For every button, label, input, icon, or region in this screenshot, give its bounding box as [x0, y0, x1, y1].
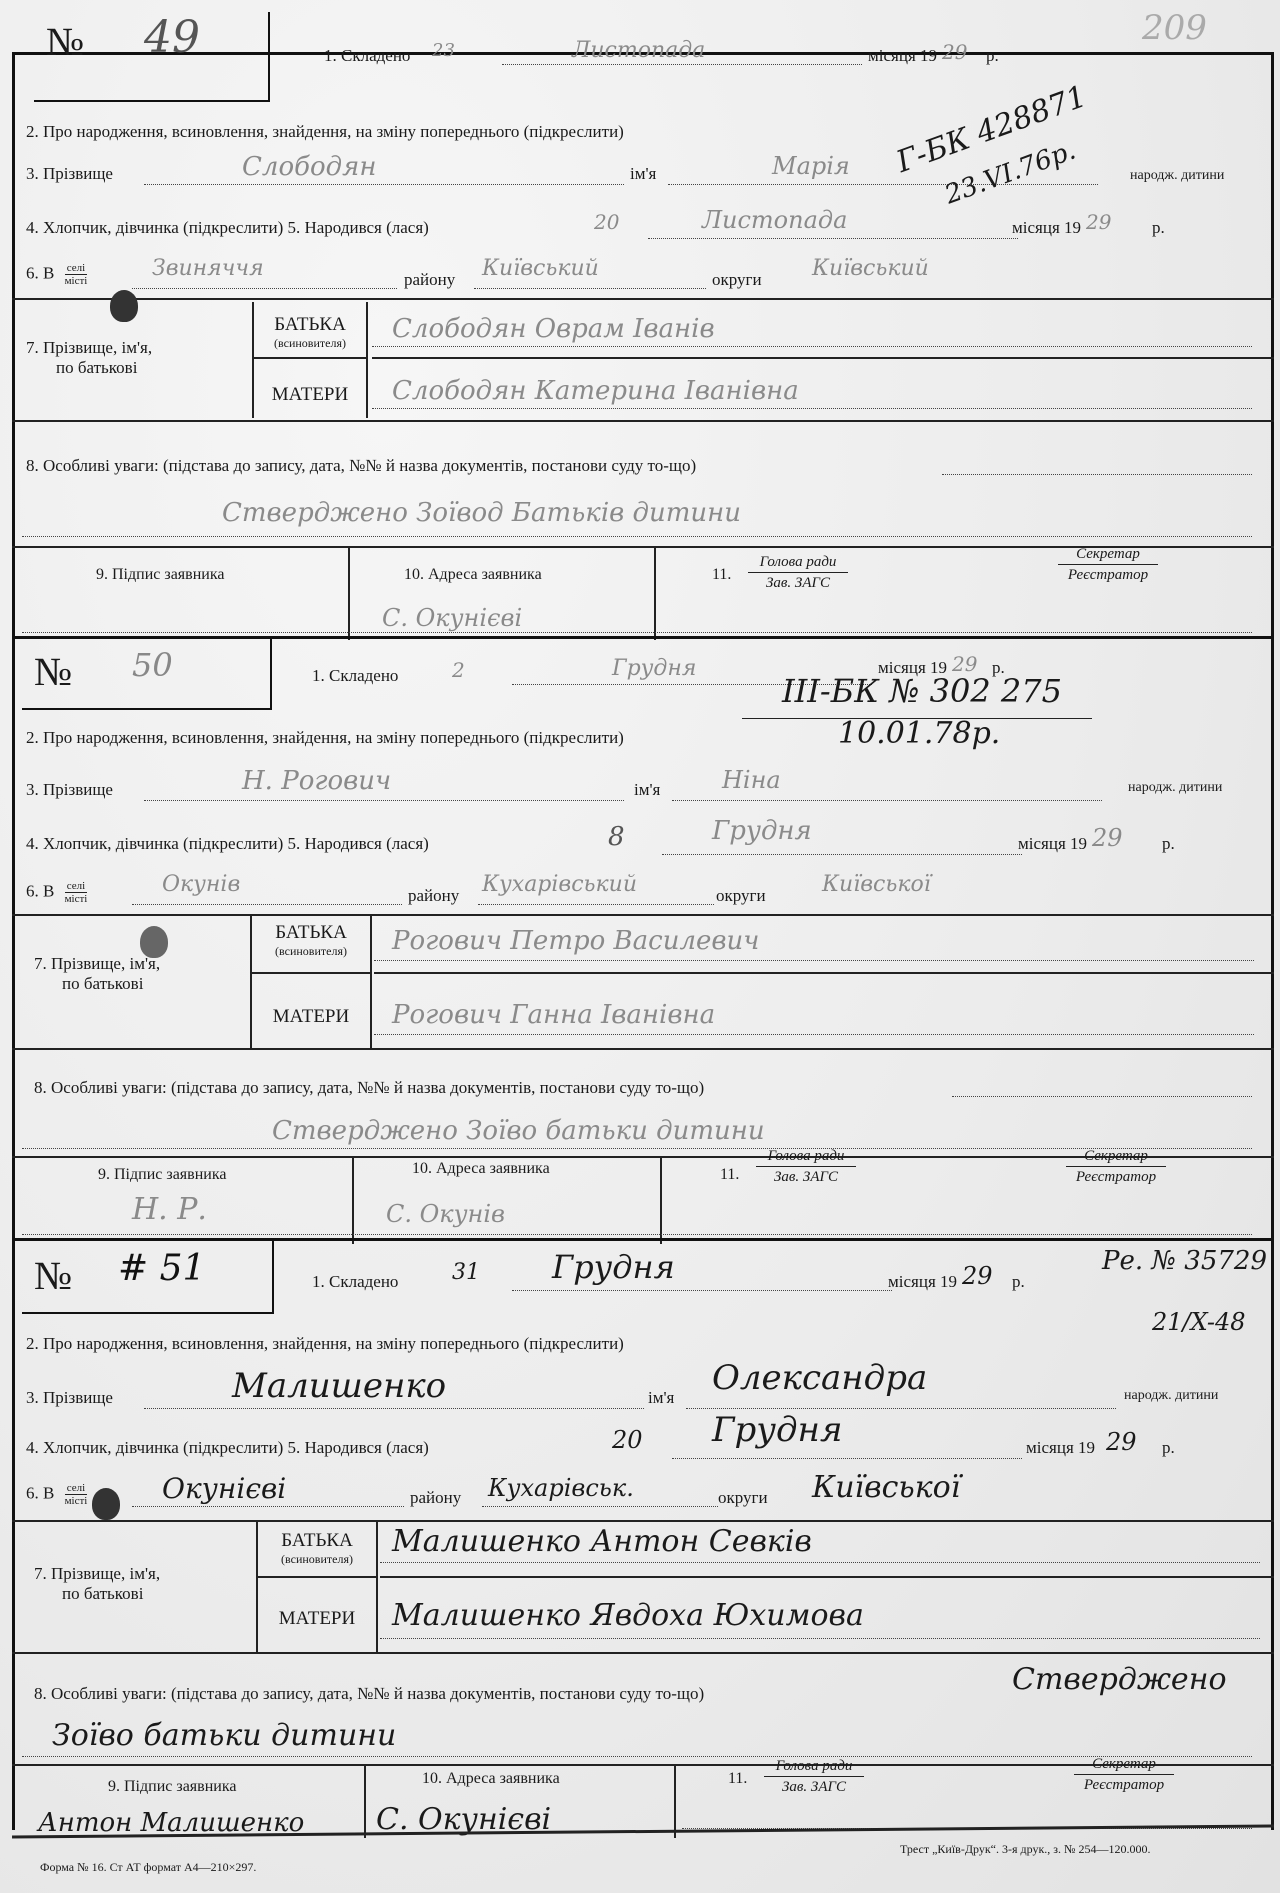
applicant-address[interactable]: С. Окунієві [382, 604, 522, 632]
village-label: селі [65, 880, 88, 893]
mother-label: МАТЕРИ [254, 1006, 368, 1028]
divider [250, 916, 252, 1048]
divider [374, 972, 1274, 974]
ink-blot [92, 1488, 120, 1520]
remarks-line [952, 1096, 1252, 1097]
record-number: 50 [132, 646, 173, 684]
birth-year[interactable]: 29 [1106, 1428, 1137, 1456]
chair-label: Голова ради Зав. ЗАГС [764, 1756, 864, 1797]
divider [256, 1576, 376, 1578]
district[interactable]: Кухарівський [482, 872, 637, 897]
birth-day[interactable]: 8 [608, 822, 625, 852]
okruha[interactable]: Київський [812, 256, 929, 281]
record-49: № 49 1. Складено 23 Листопада місяця 19 … [12, 52, 1274, 640]
ink-blot [110, 290, 138, 322]
birth-month[interactable]: Грудня [712, 816, 812, 846]
divider [12, 914, 1274, 916]
given-name[interactable]: Марія [772, 152, 850, 180]
place-line [132, 288, 397, 289]
surname-line [144, 184, 624, 185]
compiled-year[interactable]: 29 [942, 40, 967, 64]
divider [674, 1766, 676, 1838]
f6-prefix: 6. В [26, 263, 54, 282]
f10-label: 10. Адреса заявника [412, 1160, 550, 1178]
f11-num: 11. [712, 566, 731, 584]
f9-label: 9. Підпис заявника [96, 566, 224, 584]
district-line [474, 288, 706, 289]
birth-month-line [672, 1458, 1022, 1459]
f6-district-label: району [404, 270, 455, 290]
f2-label: 2. Про народження, всиновлення, знайденн… [26, 728, 624, 748]
divider [12, 1520, 1274, 1522]
chair-label: Голова ради Зав. ЗАГС [756, 1146, 856, 1187]
divider [352, 1158, 354, 1244]
f6-okruha-label: округи [712, 270, 762, 290]
father-sub-heading: (всиновителя) [260, 1552, 374, 1567]
given-name-line [668, 184, 1098, 185]
father-line [374, 960, 1254, 961]
f3-name-label: ім'я [634, 780, 660, 800]
father-heading: БАТЬКА [275, 922, 347, 943]
divider [364, 1766, 366, 1838]
applicant-signature[interactable]: Н. Р. [132, 1192, 207, 1227]
remarks-line [942, 474, 1252, 475]
surname-line [144, 800, 624, 801]
father-name[interactable]: Малишенко Антон Севків [392, 1524, 812, 1559]
divider [348, 548, 350, 640]
f4-label: 4. Хлопчик, дівчинка (підкреслити) 5. На… [26, 1438, 429, 1458]
f8-label: 8. Особливі уваги: (підстава до запису, … [26, 456, 696, 476]
f7-label-1: 7. Прізвище, ім'я, [34, 954, 160, 974]
f11-num: 11. [720, 1166, 739, 1184]
annotation-registry-number: Ре. № 35729 [1102, 1246, 1267, 1276]
f2-label: 2. Про народження, всиновлення, знайденн… [26, 1334, 624, 1354]
chair-heading: Голова ради [764, 1756, 864, 1777]
secretary-heading: Секретар [1058, 544, 1158, 565]
father-label: БАТЬКА (всиновителя) [254, 922, 368, 959]
f3-label: 3. Прізвище [26, 780, 113, 800]
place-line [132, 904, 402, 905]
surname[interactable]: Малишенко [232, 1366, 446, 1406]
registrar-heading: Реєстратор [1084, 1777, 1164, 1793]
mother-name[interactable]: Малишенко Явдоха Юхимова [392, 1598, 864, 1633]
f1-label: 1. Складено [312, 666, 398, 686]
f1-month-label: місяця 19 [888, 1272, 957, 1292]
f5-month-label: місяця 19 [1018, 834, 1087, 854]
signature-line [22, 1234, 1252, 1235]
father-name[interactable]: Слободян Оврам Іванів [392, 314, 715, 344]
annotation-page-number: 209 [1142, 8, 1207, 48]
f2-label: 2. Про народження, всиновлення, знайденн… [26, 122, 624, 142]
compiled-month-line [502, 64, 862, 65]
f1-year-suffix: р. [1012, 1272, 1025, 1292]
mother-line [372, 408, 1252, 409]
signature-line [22, 632, 1252, 633]
compiled-month[interactable]: Грудня [552, 1248, 675, 1286]
compiled-day[interactable]: 2 [452, 658, 465, 682]
record-number-box: № 50 [22, 636, 272, 710]
village-label: селі [65, 262, 88, 275]
chair-heading: Голова ради [756, 1146, 856, 1167]
divider [660, 1158, 662, 1244]
record-number-box: № # 51 [22, 1238, 274, 1314]
number-sign: № [46, 18, 84, 65]
divider [12, 420, 1274, 422]
remarks-inline[interactable]: Стверджено [1012, 1662, 1227, 1697]
okruha[interactable]: Київської [812, 1470, 960, 1505]
city-label: місті [65, 893, 88, 905]
secretary-label: Секретар Реєстратор [1058, 544, 1158, 585]
secretary-heading: Секретар [1074, 1754, 1174, 1775]
place[interactable]: Звиняччя [152, 256, 264, 281]
divider [654, 548, 656, 640]
f5-year-suffix: р. [1152, 218, 1165, 238]
annotation-registry-number: ІІІ-БК № 302 275 [782, 672, 1062, 710]
f6-prefix: 6. В [26, 881, 54, 900]
birth-month[interactable]: Листопада [702, 206, 847, 234]
birth-day[interactable]: 20 [612, 1426, 643, 1454]
f7-label-1: 7. Прізвище, ім'я, [34, 1564, 160, 1584]
village-label: селі [65, 1482, 88, 1495]
f8-label: 8. Особливі уваги: (підстава до запису, … [34, 1078, 704, 1098]
compiled-month-line [512, 1290, 892, 1291]
divider [252, 357, 366, 359]
city-label: місті [65, 275, 88, 287]
divider [12, 1048, 1274, 1050]
f6-okruha-label: округи [718, 1488, 768, 1508]
district-line [478, 904, 714, 905]
f6-prefix: 6. В [26, 1483, 54, 1502]
record-number-box: № 49 [34, 12, 270, 102]
f11-num: 11. [728, 1770, 747, 1788]
father-sub-heading: (всиновителя) [256, 336, 364, 351]
f4-label: 4. Хлопчик, дівчинка (підкреслити) 5. На… [26, 218, 429, 238]
birth-day[interactable]: 20 [594, 210, 619, 234]
given-name[interactable]: Ніна [722, 766, 781, 794]
f8-label: 8. Особливі уваги: (підстава до запису, … [34, 1684, 704, 1704]
f10-label: 10. Адреса заявника [404, 566, 542, 584]
f6-okruha-label: округи [716, 886, 766, 906]
annotation-date: 21/X-48 [1152, 1308, 1246, 1336]
place[interactable]: Окунієві [162, 1472, 286, 1505]
mother-name[interactable]: Слободян Катерина Іванівна [392, 376, 799, 406]
record-number: # 51 [118, 1248, 205, 1289]
remarks[interactable]: Стверджено Зоїво батьки дитини [272, 1116, 765, 1146]
f1-month-label: місяця 19 [868, 46, 937, 66]
father-label: БАТЬКА (всиновителя) [260, 1530, 374, 1567]
f1-year-suffix: р. [986, 46, 999, 66]
compiled-year[interactable]: 29 [962, 1262, 993, 1290]
surname[interactable]: Н. Рогович [242, 766, 391, 796]
form-footer-right: Трест „Київ-Друк“. 3-я друк., з. № 254—1… [900, 1842, 1150, 1857]
f1-label: 1. Складено [312, 1272, 398, 1292]
compiled-month[interactable]: Грудня [612, 656, 696, 681]
f5-year-suffix: р. [1162, 834, 1175, 854]
f5-month-label: місяця 19 [1026, 1438, 1095, 1458]
father-line [380, 1562, 1260, 1563]
divider [12, 298, 1274, 300]
place-line [132, 1506, 404, 1507]
village-city-fraction: селі місті [65, 1482, 88, 1507]
form-footer-left: Форма № 16. Ст АТ формат А4—210×297. [40, 1860, 256, 1875]
mother-label: МАТЕРИ [260, 1608, 374, 1630]
divider [256, 1522, 258, 1652]
f3-label: 3. Прізвище [26, 1388, 113, 1408]
birth-month-line [662, 854, 1022, 855]
okruha[interactable]: Київської [822, 872, 931, 897]
divider [12, 1652, 1274, 1654]
birth-month-line [648, 238, 1018, 239]
f3-suffix: народж. дитини [1130, 168, 1224, 184]
surname[interactable]: Слободян [242, 152, 376, 182]
surname-line [144, 1408, 644, 1409]
registrar-heading: Реєстратор [1076, 1169, 1156, 1185]
f7-label-2: по батькові [62, 974, 143, 994]
district[interactable]: Кухарівськ. [488, 1474, 634, 1502]
secretary-label: Секретар Реєстратор [1066, 1146, 1166, 1187]
f5-year-suffix: р. [1162, 1438, 1175, 1458]
birth-year[interactable]: 29 [1086, 210, 1111, 234]
chair-heading: Голова ради [748, 552, 848, 573]
father-sub-heading: (всиновителя) [254, 944, 368, 959]
f10-label: 10. Адреса заявника [422, 1770, 560, 1788]
village-city-fraction: селі місті [65, 262, 88, 287]
divider [252, 302, 254, 418]
record-51: № # 51 1. Складено 31 Грудня місяця 19 2… [12, 1238, 1274, 1838]
mother-line [380, 1638, 1260, 1639]
f7-label-2: по батькові [62, 1584, 143, 1604]
given-name-line [686, 1408, 1116, 1409]
village-city-fraction: селі місті [65, 880, 88, 905]
f3-name-label: ім'я [630, 164, 656, 184]
f6-label: 6. В селі місті [26, 1482, 87, 1507]
f6-district-label: району [408, 886, 459, 906]
district-line [482, 1506, 718, 1507]
zags-heading: Зав. ЗАГС [782, 1779, 846, 1795]
compiled-day[interactable]: 23 [432, 40, 455, 61]
registry-page: № 49 1. Складено 23 Листопада місяця 19 … [0, 0, 1280, 1893]
f1-label: 1. Складено [324, 46, 410, 66]
mother-line [374, 1034, 1254, 1035]
mother-name[interactable]: Рогович Ганна Іванівна [392, 1000, 715, 1030]
f6-district-label: району [410, 1488, 461, 1508]
birth-month[interactable]: Грудня [712, 1410, 842, 1450]
f4-label: 4. Хлопчик, дівчинка (підкреслити) 5. На… [26, 834, 429, 854]
divider [372, 357, 1274, 359]
divider [366, 302, 368, 418]
given-name-line [672, 800, 1102, 801]
father-heading: БАТЬКА [274, 314, 346, 335]
birth-year[interactable]: 29 [1092, 824, 1123, 852]
remarks-line-2 [22, 1756, 1252, 1757]
city-label: місті [65, 1495, 88, 1507]
father-heading: БАТЬКА [281, 1530, 353, 1551]
f3-suffix: народж. дитини [1124, 1388, 1218, 1404]
applicant-address[interactable]: С. Окунів [386, 1200, 505, 1228]
zags-heading: Зав. ЗАГС [766, 575, 830, 591]
record-number: 49 [144, 12, 200, 63]
remarks[interactable]: Зоїво батьки дитини [52, 1718, 396, 1753]
f7-label-1: 7. Прізвище, ім'я, [26, 338, 152, 358]
divider [376, 1522, 378, 1652]
given-name[interactable]: Олександра [712, 1358, 927, 1398]
number-sign: № [34, 648, 72, 695]
f6-label: 6. В селі місті [26, 880, 87, 905]
annotation-date: 10.01.78р. [838, 716, 1000, 751]
number-sign: № [34, 1252, 72, 1299]
divider [370, 916, 372, 1048]
f9-label: 9. Підпис заявника [108, 1778, 236, 1796]
remarks-line-2 [22, 536, 1252, 537]
district[interactable]: Київський [482, 256, 599, 281]
place[interactable]: Окунів [162, 872, 240, 897]
f3-name-label: ім'я [648, 1388, 674, 1408]
zags-heading: Зав. ЗАГС [774, 1169, 838, 1185]
divider [250, 972, 370, 974]
compiled-day[interactable]: 31 [452, 1260, 480, 1285]
remarks[interactable]: Стверджено Зоївод Батьків дитини [222, 498, 741, 528]
secretary-heading: Секретар [1066, 1146, 1166, 1167]
father-line [372, 346, 1252, 347]
secretary-label: Секретар Реєстратор [1074, 1754, 1174, 1795]
registrar-heading: Реєстратор [1068, 567, 1148, 583]
compiled-month[interactable]: Листопада [572, 38, 705, 63]
f5-month-label: місяця 19 [1012, 218, 1081, 238]
f3-label: 3. Прізвище [26, 164, 113, 184]
f7-label-2: по батькові [56, 358, 137, 378]
record-50: № 50 1. Складено 2 Грудня місяця 19 29 р… [12, 636, 1274, 1244]
chair-label: Голова ради Зав. ЗАГС [748, 552, 848, 593]
father-name[interactable]: Рогович Петро Василевич [392, 926, 759, 956]
f9-label: 9. Підпис заявника [98, 1166, 226, 1184]
divider [380, 1576, 1274, 1578]
f3-suffix: народж. дитини [1128, 780, 1222, 796]
father-label: БАТЬКА (всиновителя) [256, 314, 364, 351]
mother-label: МАТЕРИ [256, 384, 364, 406]
f6-label: 6. В селі місті [26, 262, 87, 287]
